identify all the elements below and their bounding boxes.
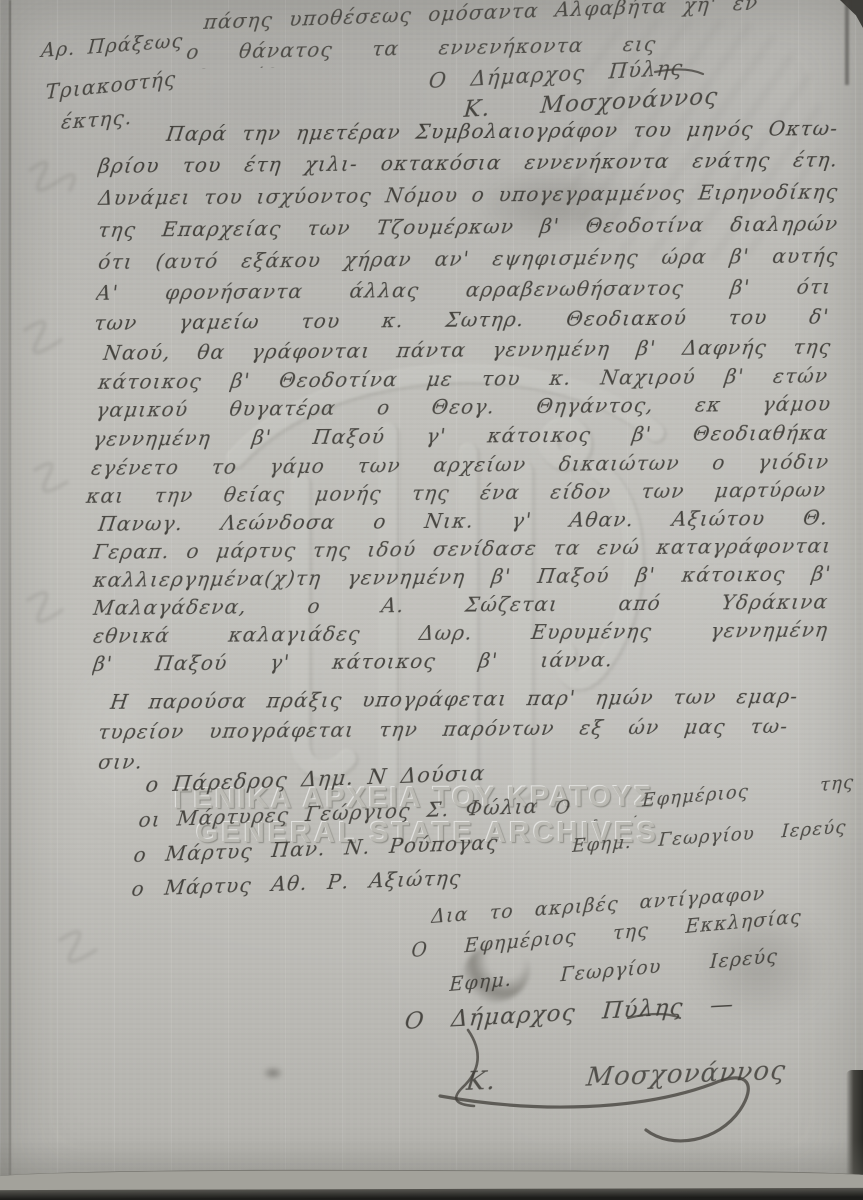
- handwritten-line: εθνικά καλαγιάδες Δωρ. Ευρυμένης γεννημέ…: [91, 618, 830, 653]
- handwritten-line: Η παρούσα πράξις υπογράφεται παρ' ημών τ…: [108, 684, 800, 719]
- right-edge-shadow: [845, 0, 849, 85]
- handwritten-line: των γαμείω του κ. Σωτηρ. Θεοδιακού του δ…: [92, 305, 831, 340]
- handwritten-line: Α' φρονήσαντα άλλας αρραβενωθήσαντος β' …: [94, 275, 833, 310]
- fold-crease-line: [9, 0, 11, 1200]
- handwritten-line: βρίου του έτη χιλι- οκτακόσια εννενήκοντ…: [96, 148, 840, 183]
- handwritten-line: Παρά την ημετέραν Συμβολαιογράφον του μη…: [164, 116, 840, 151]
- handwriting-layer: πάσης υποθέσεως ομόσαντα Αλφαβήτα χη' εν…: [0, 0, 863, 1200]
- handwritten-line: γαμικού θυγατέρα ο Θεογ. Θηγάντος, εκ γά…: [94, 392, 833, 427]
- handwritten-line: εγένετο το γάμο των αρχείων δικαιώτων ο …: [89, 450, 831, 485]
- left-margin-shading: [0, 0, 9, 1200]
- handwritten-line: Δια το ακριβές αντίγραφον: [430, 883, 766, 934]
- handwritten-line: τυρείον υπογράφεται την παρόντων εξ ών μ…: [96, 714, 790, 749]
- handwritten-line: Δυνάμει του ισχύοντος Νόμου ο υπογεγραμμ…: [96, 180, 840, 215]
- scanned-document-page: ΓΕΝΙΚΑ ΑΡΧΕΙΑ ΤΟΥ ΚΡΑΤΟΥΣ GENERAL STATE …: [0, 0, 863, 1200]
- handwritten-line: και την θείας μονής της ένα είδον των μα…: [84, 478, 828, 513]
- handwritten-line: της Επαρχείας των Τζουμέρκων β' Θεοδοτίν…: [96, 212, 840, 247]
- handwritten-line: Κ. Μοσχονάννος: [464, 1055, 788, 1104]
- handwritten-line: Πανωγ. Λεώνδοσα ο Νικ. γ' Αθαν. Αξιώτου …: [96, 506, 830, 541]
- handwritten-line: πάσης υποθέσεως ομόσαντα Αλφαβήτα χη' εν…: [202, 0, 760, 39]
- handwritten-line: Ναού, θα γράφονται πάντα γεννημένη β' Δα…: [101, 335, 833, 370]
- handwritten-line: β' Παξού γ' κάτοικος β' ιάννα.: [91, 647, 615, 681]
- handwritten-line: Ο Δήμαρχος Πύλης —: [403, 991, 735, 1042]
- handwritten-line: Γεραπ. ο μάρτυς της ιδού σενίδασε τα ενώ…: [91, 534, 833, 569]
- handwritten-line: σιν.: [97, 750, 145, 775]
- handwritten-line: Αρ. Πράξεως: [40, 30, 184, 64]
- handwritten-line: Κ. Μοσχονάννος: [462, 83, 720, 130]
- handwritten-line: ο Πάρεδρος Δημ. Ν Δούσια: [144, 760, 487, 802]
- handwritten-line: κάτοικος β' Θεοδοτίνα με του κ. Ναχιρού …: [96, 364, 830, 399]
- handwritten-line: έκτης.: [60, 105, 133, 135]
- handwritten-line: Ο Εφημέριος της Εκκλησίας: [411, 906, 803, 968]
- handwritten-line: ότι (αυτό εξάκου χήραν αν' εψηφισμένης ώ…: [96, 244, 840, 279]
- handwritten-line: οι Μάρτυρες Γεώργιος Σ. Φώλια: [137, 794, 540, 837]
- handwritten-line: ο Μάρτυς Αθ. Ρ. Αξιώτης: [130, 865, 463, 906]
- handwritten-line: Εφημ. Γεωργίου Ιερεύς: [571, 817, 847, 862]
- handwritten-line: ο θάνατος τα εννενήκοντα εις εθεωρήθη.: [184, 32, 657, 69]
- handwritten-line: Ο Δήμαρχος Πύλης —: [427, 55, 684, 99]
- handwritten-line: ο Μάρτυς Παν. Ν. Ρούπογας: [132, 830, 500, 872]
- scan-background-strip: [0, 1188, 863, 1200]
- handwritten-line: Μαλαγάδενα, ο Α. Σώζεται από Υδράκινα: [91, 590, 830, 625]
- handwritten-line: καλλιεργημένα(χ)τη γεννημένη β' Παξού β'…: [91, 562, 833, 597]
- handwritten-line: Ο Εφημέριος της εκκλησίας: [555, 772, 855, 824]
- handwritten-line: γεννημένη β' Παξού γ' κάτοικος β' Θεοδια…: [91, 421, 830, 456]
- handwritten-line: Εφημ. Γεωργίου Ιερεύς: [449, 945, 779, 1002]
- handwritten-line: Τριακοστής: [45, 66, 177, 105]
